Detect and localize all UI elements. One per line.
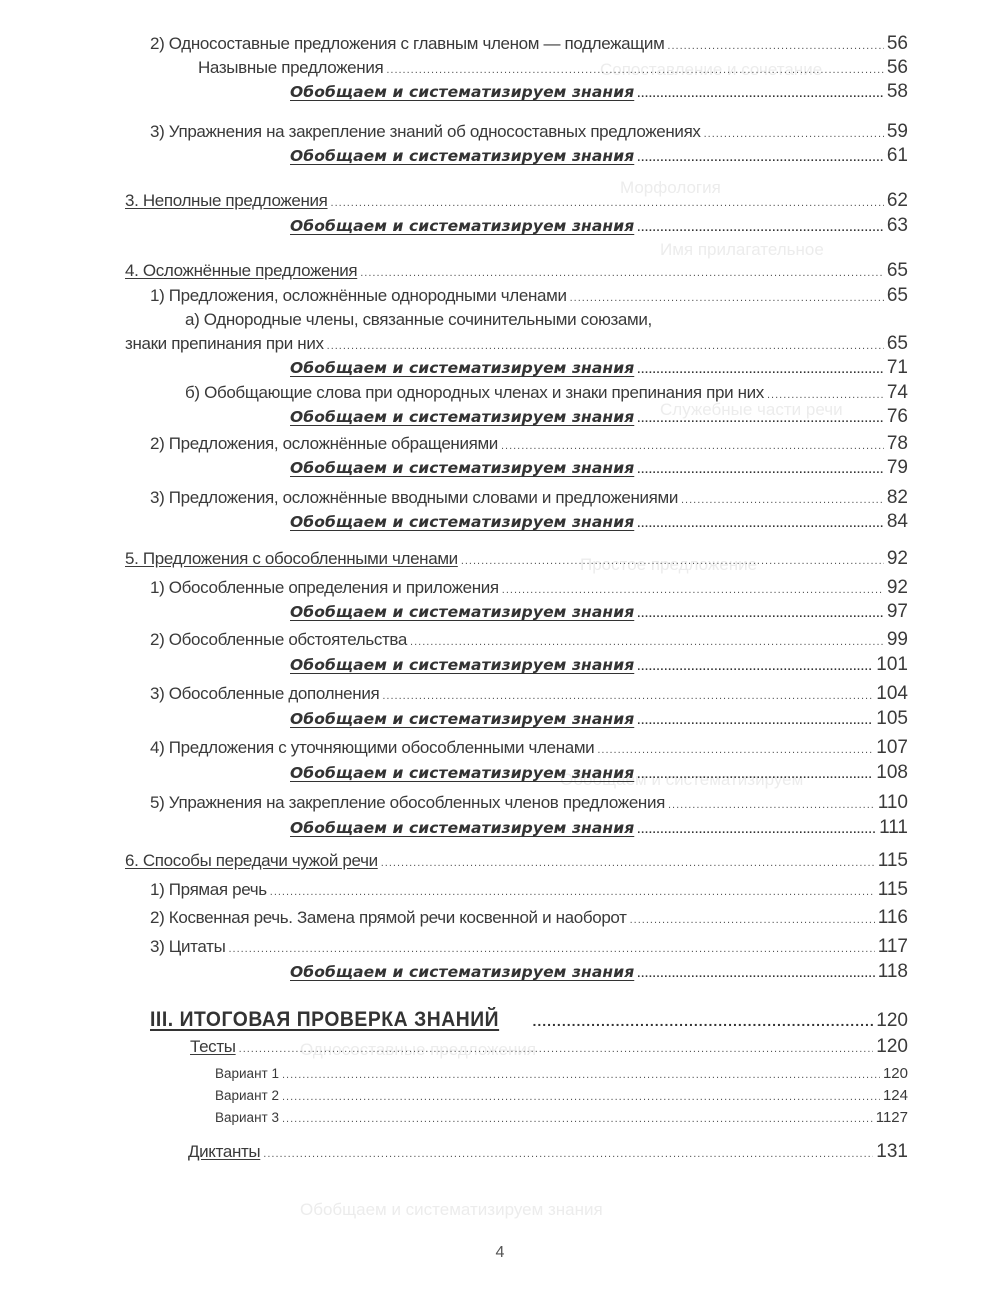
toc-summary-entry: Обобщаем и систематизируем знания.......…	[290, 355, 908, 381]
toc-entry: Тесты...................................…	[190, 1034, 908, 1060]
toc-page-number: 65	[887, 258, 908, 284]
toc-page-number: 111	[879, 815, 908, 841]
toc-entry-title: 2) Косвенная речь. Замена прямой речи ко…	[150, 905, 627, 931]
dot-leader: ........................................…	[637, 81, 884, 107]
toc-summary-entry: Обобщаем и систематизируем знания.......…	[290, 815, 908, 841]
toc-entry: Назывные предложения....................…	[198, 55, 908, 81]
toc-page-number: 118	[878, 959, 908, 985]
dot-leader: ........................................…	[637, 215, 884, 241]
toc-page-number: 92	[887, 575, 908, 601]
toc-page-number: 115	[878, 877, 908, 903]
toc-page-number: 61	[887, 143, 908, 169]
toc-entry-title: 3) Предложения, осложнённые вводными сло…	[150, 485, 678, 511]
toc-page-number: 76	[887, 404, 908, 430]
dot-leader: ........................................…	[630, 907, 875, 933]
toc-page-number: 74	[887, 380, 908, 406]
dot-leader: ........................................…	[532, 1008, 873, 1034]
toc-page-number: 115	[878, 848, 908, 874]
toc-page-number: 131	[876, 1139, 908, 1165]
toc-page-number: 62	[887, 188, 908, 214]
dot-leader: ........................................…	[637, 762, 873, 788]
toc-entry: 1) Прямая речь..........................…	[150, 877, 908, 903]
toc-page-number: 104	[876, 681, 908, 707]
toc-page-number: 97	[887, 599, 908, 625]
toc-entry-title: Обобщаем и систематизируем знания	[290, 959, 634, 985]
toc-entry-title: а) Однородные члены, связанные сочинител…	[185, 307, 652, 333]
toc-entry-title: 3. Неполные предложения	[125, 188, 328, 214]
toc-page-number: 56	[887, 31, 908, 57]
dot-leader: ........................................…	[637, 601, 884, 627]
toc-entry-title: Диктанты	[188, 1139, 260, 1165]
toc-summary-entry: Обобщаем и систематизируем знания.......…	[290, 509, 908, 535]
toc-entry-title: 3) Обособленные дополнения	[150, 681, 379, 707]
toc-entry: 3) Цитаты...............................…	[150, 934, 908, 960]
toc-entry-title: знаки препинания при них	[125, 331, 324, 357]
toc-summary-entry: Обобщаем и систематизируем знания.......…	[290, 404, 908, 430]
toc-page-number: 79	[887, 455, 908, 481]
toc-page-number: 58	[887, 79, 908, 105]
dot-leader: ........................................…	[637, 145, 884, 171]
toc-entry: б) Обобщающие слова при однородных члена…	[185, 380, 908, 406]
toc-page-number: 1127	[876, 1105, 908, 1131]
toc-entry-title: 5) Упражнения на закрепление обособленны…	[150, 790, 665, 816]
toc-entry: Диктанты................................…	[188, 1139, 908, 1165]
toc-page-number: 107	[876, 735, 908, 761]
toc-entry: а) Однородные члены, связанные сочинител…	[185, 307, 652, 333]
toc-entry: 4) Предложения с уточняющими обособленны…	[150, 735, 908, 761]
toc-entry-title: Вариант 3	[215, 1105, 279, 1131]
toc-part-entry: III. ИТОГОВАЯ ПРОВЕРКА ЗНАНИЙ...........…	[150, 1007, 908, 1033]
toc-entry-title: Обобщаем и систематизируем знания	[290, 509, 634, 535]
toc-entry-title: 4. Осложнённые предложения	[125, 258, 357, 284]
toc-entry-title: 4) Предложения с уточняющими обособленны…	[150, 735, 594, 761]
toc-entry-title: Обобщаем и систематизируем знания	[290, 213, 634, 239]
toc-entry: 5) Упражнения на закрепление обособленны…	[150, 790, 908, 816]
toc-entry-title: 2) Обособленные обстоятельства	[150, 627, 407, 653]
toc-page-number: 82	[887, 485, 908, 511]
toc-page-number: 71	[887, 355, 908, 381]
toc-entry: 2) Предложения, осложнённые обращениями.…	[150, 431, 908, 457]
toc-entry-title: Обобщаем и систематизируем знания	[290, 760, 634, 786]
dot-leader: ........................................…	[282, 1106, 873, 1132]
toc-entry-title: 5. Предложения с обособленными членами	[125, 546, 458, 572]
toc-page-number: 101	[876, 652, 908, 678]
toc-entry-title: б) Обобщающие слова при однородных члена…	[185, 380, 764, 406]
toc-entry-title: Обобщаем и систематизируем знания	[290, 143, 634, 169]
toc-summary-entry: Обобщаем и систематизируем знания.......…	[290, 143, 908, 169]
toc-page-number: 105	[876, 706, 908, 732]
toc-entry-title: Обобщаем и систематизируем знания	[290, 455, 634, 481]
toc-page-number: 63	[887, 213, 908, 239]
toc-entry-title: III. ИТОГОВАЯ ПРОВЕРКА ЗНАНИЙ	[150, 1007, 499, 1033]
page-number: 4	[0, 1244, 1000, 1262]
toc-entry: 1) Предложения, осложнённые однородными …	[150, 283, 908, 309]
toc-section-entry: 3. Неполные предложения.................…	[125, 188, 908, 214]
dot-leader: ........................................…	[239, 1036, 874, 1062]
dot-leader: ........................................…	[637, 708, 873, 734]
toc-entry: 2) Односоставные предложения с главным ч…	[150, 31, 908, 57]
toc-entry: 2) Обособленные обстоятельства..........…	[150, 627, 908, 653]
toc-summary-entry: Обобщаем и систематизируем знания.......…	[290, 79, 908, 105]
toc-section-entry: 4. Осложнённые предложения..............…	[125, 258, 908, 284]
toc-entry-title: Назывные предложения	[198, 55, 383, 81]
toc-entry-title: 2) Предложения, осложнённые обращениями	[150, 431, 498, 457]
toc-entry-title: Обобщаем и систематизируем знания	[290, 599, 634, 625]
toc-summary-entry: Обобщаем и систематизируем знания.......…	[290, 959, 908, 985]
toc-entry-title: Обобщаем и систематизируем знания	[290, 404, 634, 430]
toc-entry-title: Обобщаем и систематизируем знания	[290, 355, 634, 381]
toc-page-number: 92	[887, 546, 908, 572]
toc-entry: 1) Обособленные определения и приложения…	[150, 575, 908, 601]
toc-entry-title: Обобщаем и систематизируем знания	[290, 79, 634, 105]
toc-section-entry: 6. Способы передачи чужой речи..........…	[125, 848, 908, 874]
toc-entry-title: 3) Цитаты	[150, 934, 225, 960]
toc-section-entry: 5. Предложения с обособленными членами..…	[125, 546, 908, 572]
dot-leader: ........................................…	[637, 511, 884, 537]
toc-entry-title: Обобщаем и систематизируем знания	[290, 652, 634, 678]
toc-entry-title: 1) Предложения, осложнённые однородными …	[150, 283, 567, 309]
toc-page-number: 120	[876, 1008, 908, 1034]
dot-leader: ........................................…	[381, 850, 875, 876]
dot-leader: ........................................…	[637, 654, 873, 680]
toc-entry-title: Обобщаем и систематизируем знания	[290, 706, 634, 732]
dot-leader: ........................................…	[263, 1141, 873, 1167]
toc-summary-entry: Обобщаем и систематизируем знания.......…	[290, 213, 908, 239]
toc-summary-entry: Обобщаем и систематизируем знания.......…	[290, 455, 908, 481]
dot-leader: ........................................…	[637, 817, 876, 843]
toc-entry-title: 6. Способы передачи чужой речи	[125, 848, 378, 874]
toc-page-number: 84	[887, 509, 908, 535]
toc-entry-title: 2) Односоставные предложения с главным ч…	[150, 31, 664, 57]
toc-summary-entry: Обобщаем и систематизируем знания.......…	[290, 652, 908, 678]
dot-leader: ........................................…	[637, 961, 874, 987]
toc-page-number: 120	[876, 1034, 908, 1060]
toc-entry: 3) Упражнения на закрепление знаний об о…	[150, 119, 908, 145]
toc-page-number: 99	[887, 627, 908, 653]
dot-leader: ........................................…	[637, 406, 884, 432]
toc-entry-title: 3) Упражнения на закрепление знаний об о…	[150, 119, 701, 145]
toc-page-number: 78	[887, 431, 908, 457]
toc-summary-entry: Обобщаем и систематизируем знания.......…	[290, 706, 908, 732]
toc-entry: 2) Косвенная речь. Замена прямой речи ко…	[150, 905, 908, 931]
toc-page-number: 59	[887, 119, 908, 145]
toc-entry: знаки препинания при них................…	[125, 331, 908, 357]
toc-page-number: 65	[887, 331, 908, 357]
toc-entry-title: 1) Обособленные определения и приложения	[150, 575, 499, 601]
toc-entry: Вариант 3...............................…	[215, 1105, 908, 1131]
dot-leader: ........................................…	[270, 879, 875, 905]
toc-entry-title: Тесты	[190, 1034, 236, 1060]
dot-leader: ........................................…	[461, 548, 884, 574]
toc-page-number: 56	[887, 55, 908, 81]
dot-leader: ........................................…	[637, 457, 884, 483]
toc-entry-title: Обобщаем и систематизируем знания	[290, 815, 634, 841]
toc-entry: 3) Обособленные дополнения..............…	[150, 681, 908, 707]
toc-page-number: 110	[878, 790, 908, 816]
toc-page-number: 108	[876, 760, 908, 786]
toc-summary-entry: Обобщаем и систематизируем знания.......…	[290, 599, 908, 625]
toc-page-number: 116	[878, 905, 908, 931]
toc-entry-title: 1) Прямая речь	[150, 877, 267, 903]
toc-page-number: 65	[887, 283, 908, 309]
toc-entry: 3) Предложения, осложнённые вводными сло…	[150, 485, 908, 511]
toc-summary-entry: Обобщаем и систематизируем знания.......…	[290, 760, 908, 786]
toc-page-number: 117	[878, 934, 908, 960]
